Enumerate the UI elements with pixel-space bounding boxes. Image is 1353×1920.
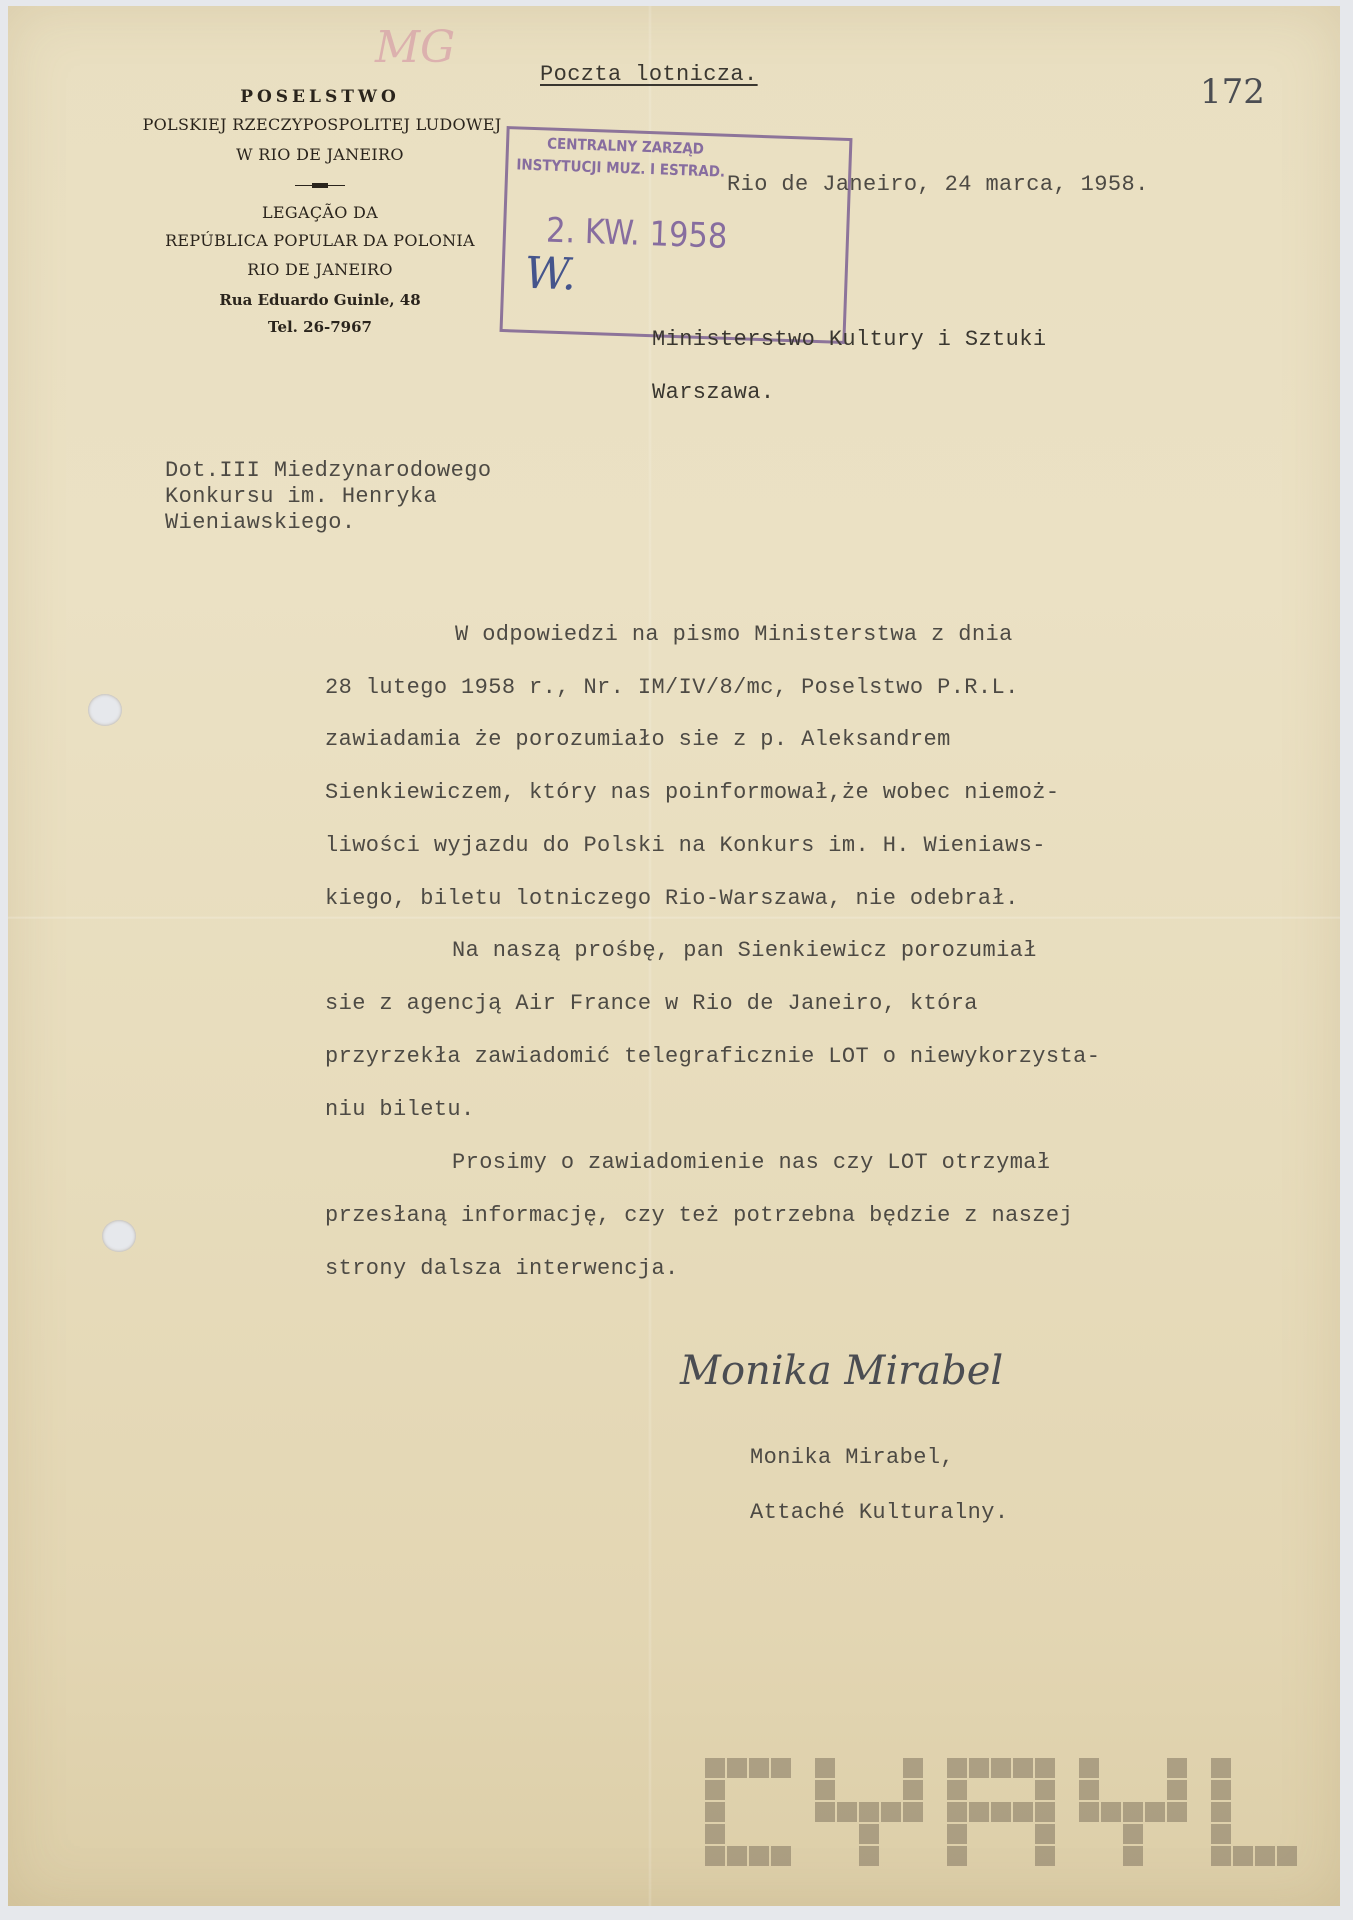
subject-line: Konkursu im. Henryka	[165, 484, 437, 509]
letterhead-address: Rua Eduardo Guinle, 48	[100, 291, 540, 309]
body-line: zawiadamia że porozumiało sie z p. Aleks…	[325, 727, 951, 752]
letterhead-phone: Tel. 26-7967	[100, 318, 540, 336]
body-line: sie z agencją Air France w Rio de Janeir…	[325, 991, 978, 1016]
body-line: Sienkiewiczem, który nas poinformował,że…	[325, 780, 1060, 805]
mail-type: Poczta lotnicza.	[540, 62, 758, 87]
body-line: Na naszą prośbę, pan Sienkiewicz porozum…	[452, 938, 1037, 963]
letterhead-line: REPÚBLICA POPULAR DA POLONIA	[100, 231, 540, 250]
received-stamp: CENTRALNY ZARZĄD INSTYTUCJI MUZ. I ESTRA…	[500, 126, 853, 344]
recipient-line: Ministerstwo Kultury i Sztuki	[652, 327, 1046, 352]
stamp-handwritten: W.	[524, 248, 577, 301]
signatory-title: Attaché Kulturalny.	[750, 1500, 1008, 1525]
subject-line: Wieniawskiego.	[165, 510, 355, 535]
letterhead-line: RIO DE JANEIRO	[100, 260, 540, 279]
body-line: przesłaną informację, czy też potrzebna …	[325, 1203, 1073, 1228]
body-line: Prosimy o zawiadomienie nas czy LOT otrz…	[452, 1150, 1051, 1175]
recipient-line: Warszawa.	[652, 380, 774, 405]
letterhead-line: W RIO DE JANEIRO	[100, 145, 540, 164]
stamp-line: CENTRALNY ZARZĄD	[547, 134, 704, 157]
punch-hole	[102, 1220, 136, 1252]
body-line: W odpowiedzi na pismo Ministerstwa z dni…	[455, 622, 1013, 647]
cyryl-watermark	[705, 1758, 1319, 1866]
letterhead-line: LEGAÇÃO DA	[100, 203, 540, 222]
letterhead-line: POLSKIEJ RZECZYPOSPOLITEJ LUDOWEJ	[92, 115, 552, 134]
body-line: przyrzekła zawiadomić telegraficznie LOT…	[325, 1044, 1100, 1069]
stamp-line: INSTYTUCJI MUZ. I ESTRAD.	[516, 155, 725, 180]
signatory-name: Monika Mirabel,	[750, 1445, 954, 1470]
subject-line: Dot.III Miedzynarodowego	[165, 458, 491, 483]
letterhead-divider	[295, 185, 345, 186]
page-number: 172	[1200, 72, 1265, 112]
body-line: strony dalsza interwencja.	[325, 1256, 679, 1281]
initials-mark: MG	[375, 22, 455, 73]
body-line: kiego, biletu lotniczego Rio-Warszawa, n…	[325, 886, 1019, 911]
body-line: liwości wyjazdu do Polski na Konkurs im.…	[325, 833, 1046, 858]
handwritten-signature: Monika Mirabel	[680, 1348, 1003, 1394]
place-date: Rio de Janeiro, 24 marca, 1958.	[727, 172, 1149, 197]
body-line: niu biletu.	[325, 1097, 475, 1122]
punch-hole	[88, 694, 122, 726]
letterhead-title: POSELSTWO	[100, 87, 540, 107]
body-line: 28 lutego 1958 r., Nr. IM/IV/8/mc, Posel…	[325, 675, 1019, 700]
